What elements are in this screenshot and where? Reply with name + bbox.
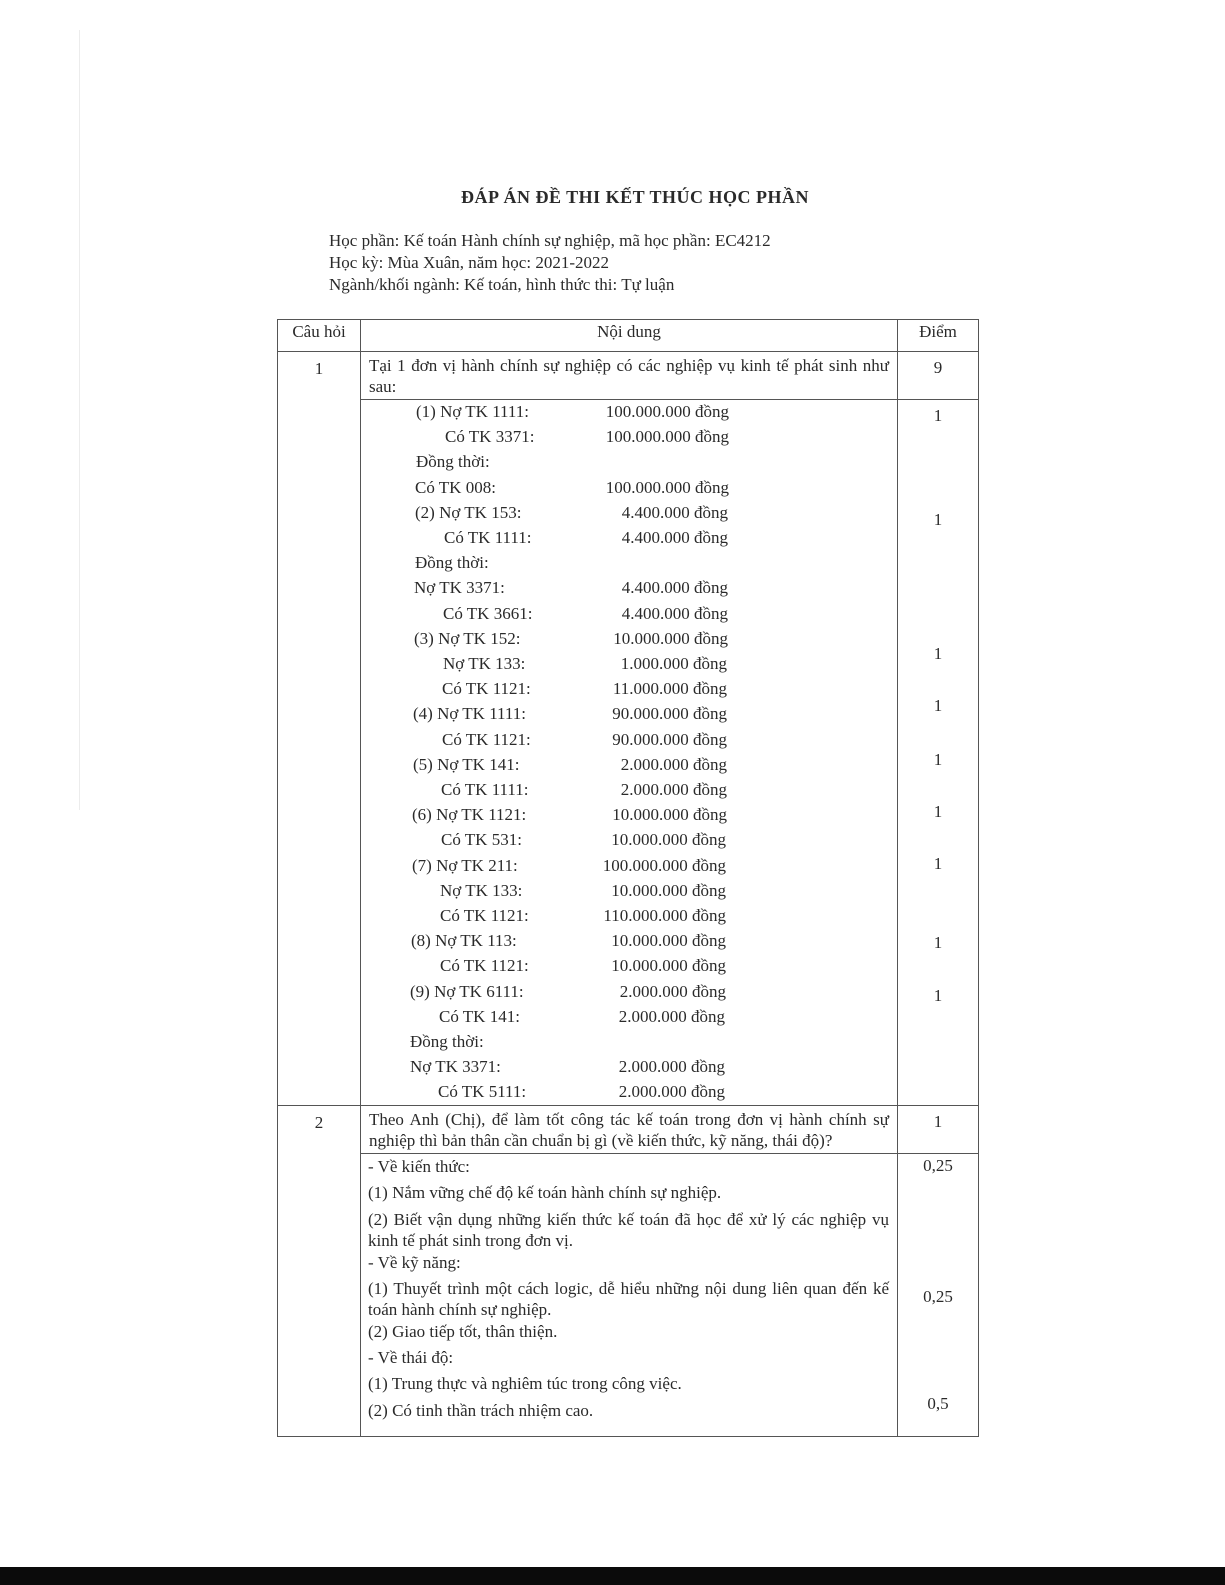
amount-value: 10.000.000 đồng [611,931,726,951]
entry-point-value: 1 [898,406,978,426]
scan-edge [79,30,80,810]
answer-point: (1) Nắm vững chế độ kế toán hành chính s… [368,1182,889,1203]
answer-point: (1) Thuyết trình một cách logic, dễ hiểu… [368,1278,889,1320]
amount-value: 10.000.000 đồng [613,629,728,649]
account-label: Nợ TK 3371: [410,1057,501,1077]
amount-value: 1.000.000 đồng [621,654,727,674]
account-label: Có TK 1121: [442,679,531,699]
entry-point-value: 1 [898,644,978,664]
account-label: Có TK 008: [415,478,496,498]
entry-point-value: 1 [898,933,978,953]
header-question: Câu hỏi [278,320,361,352]
account-label: (3) Nợ TK 152: [414,629,520,649]
journal-entry-line: Có TK 1121:110.000.000 đồng [440,906,726,928]
journal-entry-line: Có TK 5111:2.000.000 đồng [438,1082,725,1104]
journal-entry-line: (8) Nợ TK 113:10.000.000 đồng [411,931,726,953]
journal-entry-line: Có TK 1111:4.400.000 đồng [444,528,728,550]
amount-value: 110.000.000 đồng [603,906,726,926]
journal-entry-line: (1) Nợ TK 1111:100.000.000 đồng [416,402,729,424]
amount-value: 2.000.000 đồng [621,755,727,775]
section-point-value: 0,5 [898,1394,978,1414]
account-label: Nợ TK 3371: [414,578,505,598]
journal-entry-line: Có TK 1121:10.000.000 đồng [440,956,726,978]
major-line: Ngành/khối ngành: Kế toán, hình thức thi… [329,274,771,296]
q1-prompt-row: 1 Tại 1 đơn vị hành chính sự nghiệp có c… [278,352,979,400]
amount-value: 10.000.000 đồng [611,881,726,901]
journal-entry-line: (6) Nợ TK 1121:10.000.000 đồng [412,805,727,827]
section-point-value: 0,25 [898,1156,978,1176]
q2-number: 2 [278,1106,361,1437]
journal-entry-line: (4) Nợ TK 1111:90.000.000 đồng [413,704,727,726]
amount-value: 100.000.000 đồng [603,856,726,876]
amount-value: 10.000.000 đồng [612,805,727,825]
q2-answer: - Về kiến thức:(1) Nắm vững chế độ kế to… [361,1154,898,1437]
journal-entry-line: Đồng thời: [415,553,728,575]
journal-entry-line: Có TK 141:2.000.000 đồng [439,1007,725,1029]
amount-value: 11.000.000 đồng [613,679,727,699]
account-label: (7) Nợ TK 211: [412,856,518,876]
document-title: ĐÁP ÁN ĐỀ THI KẾT THÚC HỌC PHẦN [0,187,1100,208]
account-label: Đồng thời: [416,452,490,472]
amount-value: 4.400.000 đồng [622,503,728,523]
amount-value: 2.000.000 đồng [619,1082,725,1102]
journal-entry-line: (9) Nợ TK 6111:2.000.000 đồng [410,982,726,1004]
account-label: Nợ TK 133: [443,654,525,674]
entry-point-value: 1 [898,802,978,822]
journal-entry-line: Nợ TK 133:1.000.000 đồng [443,654,727,676]
account-label: Có TK 141: [439,1007,520,1027]
entry-point-value: 1 [898,986,978,1006]
journal-entry-line: Có TK 1121:90.000.000 đồng [442,730,727,752]
amount-value: 4.400.000 đồng [622,604,728,624]
q2-total-points: 1 [898,1106,979,1154]
q1-entries-row: (1) Nợ TK 1111:100.000.000 đồngCó TK 337… [278,400,979,1106]
amount-value: 2.000.000 đồng [619,1057,725,1077]
journal-entry-line: Nợ TK 3371:2.000.000 đồng [410,1057,725,1079]
account-label: (4) Nợ TK 1111: [413,704,526,724]
amount-value: 2.000.000 đồng [620,982,726,1002]
journal-entry-line: (7) Nợ TK 211:100.000.000 đồng [412,856,726,878]
header-points: Điểm [898,320,979,352]
journal-entry-line: Có TK 1121:11.000.000 đồng [442,679,727,701]
q1-number: 1 [278,352,361,1106]
entry-point-value: 1 [898,510,978,530]
course-line: Học phần: Kế toán Hành chính sự nghiệp, … [329,230,771,252]
amount-value: 10.000.000 đồng [611,830,726,850]
journal-entry-line: Có TK 008:100.000.000 đồng [415,478,729,500]
amount-value: 4.400.000 đồng [622,528,728,548]
amount-value: 90.000.000 đồng [612,704,727,724]
journal-entry-line: (2) Nợ TK 153:4.400.000 đồng [415,503,728,525]
answer-point: (2) Giao tiếp tốt, thân thiện. [368,1321,889,1342]
account-label: Có TK 1111: [444,528,532,548]
q2-prompt-row: 2 Theo Anh (Chị), để làm tốt công tác kế… [278,1106,979,1154]
semester-line: Học kỳ: Mùa Xuân, năm học: 2021-2022 [329,252,771,274]
journal-entry-line: Có TK 531:10.000.000 đồng [441,830,726,852]
journal-entry-line: Nợ TK 3371:4.400.000 đồng [414,578,728,600]
account-label: Có TK 1121: [440,906,529,926]
account-label: (2) Nợ TK 153: [415,503,521,523]
account-label: (8) Nợ TK 113: [411,931,517,951]
account-label: Có TK 531: [441,830,522,850]
account-label: Nợ TK 133: [440,881,522,901]
account-label: (6) Nợ TK 1121: [412,805,526,825]
account-label: (9) Nợ TK 6111: [410,982,524,1002]
answer-point: (1) Trung thực và nghiêm túc trong công … [368,1373,889,1394]
account-label: Có TK 1121: [440,956,529,976]
journal-entry-line: Nợ TK 133:10.000.000 đồng [440,881,726,903]
q2-points-column: 0,250,250,5 [898,1154,979,1437]
amount-value: 100.000.000 đồng [606,427,729,447]
account-label: Có TK 3371: [445,427,534,447]
account-label: Có TK 5111: [438,1082,526,1102]
journal-entry-line: Có TK 3661:4.400.000 đồng [443,604,728,626]
amount-value: 2.000.000 đồng [619,1007,725,1027]
account-label: Có TK 3661: [443,604,532,624]
answer-section-heading: - Về kỹ năng: [368,1252,889,1273]
account-label: (5) Nợ TK 141: [413,755,519,775]
table-header-row: Câu hỏi Nội dung Điểm [278,320,979,352]
q1-prompt: Tại 1 đơn vị hành chính sự nghiệp có các… [361,352,898,400]
answer-section-heading: - Về thái độ: [368,1347,889,1368]
journal-entries: (1) Nợ TK 1111:100.000.000 đồngCó TK 337… [361,400,898,1106]
amount-value: 90.000.000 đồng [612,730,727,750]
journal-entry-line: Có TK 3371:100.000.000 đồng [445,427,729,449]
amount-value: 100.000.000 đồng [606,478,729,498]
journal-entry-line: Đồng thời: [416,452,729,474]
journal-entry-line: (3) Nợ TK 152:10.000.000 đồng [414,629,728,651]
amount-value: 10.000.000 đồng [611,956,726,976]
entry-point-value: 1 [898,854,978,874]
scan-bottom-edge [0,1567,1225,1585]
amount-value: 100.000.000 đồng [606,402,729,422]
answer-point: (2) Có tinh thần trách nhiệm cao. [368,1400,889,1421]
answer-table: Câu hỏi Nội dung Điểm 1 Tại 1 đơn vị hàn… [277,319,979,1437]
journal-entry-line: Đồng thời: [410,1032,725,1054]
q2-prompt: Theo Anh (Chị), để làm tốt công tác kế t… [361,1106,898,1154]
entry-point-value: 1 [898,696,978,716]
account-label: Đồng thời: [415,553,489,573]
section-point-value: 0,25 [898,1287,978,1307]
journal-entry-line: (5) Nợ TK 141:2.000.000 đồng [413,755,727,777]
account-label: Có TK 1121: [442,730,531,750]
entry-point-value: 1 [898,750,978,770]
exam-meta: Học phần: Kế toán Hành chính sự nghiệp, … [329,230,771,296]
answer-point: (2) Biết vận dụng những kiến thức kế toá… [368,1209,889,1251]
account-label: Đồng thời: [410,1032,484,1052]
account-label: Có TK 1111: [441,780,529,800]
amount-value: 4.400.000 đồng [622,578,728,598]
header-content: Nội dung [361,320,898,352]
answer-section-heading: - Về kiến thức: [368,1156,889,1177]
account-label: (1) Nợ TK 1111: [416,402,529,422]
journal-entry-line: Có TK 1111:2.000.000 đồng [441,780,727,802]
q1-total-points: 9 [898,352,979,400]
amount-value: 2.000.000 đồng [621,780,727,800]
q2-answer-row: - Về kiến thức:(1) Nắm vững chế độ kế to… [278,1154,979,1437]
entry-points-column: 111111111 [898,400,979,1106]
